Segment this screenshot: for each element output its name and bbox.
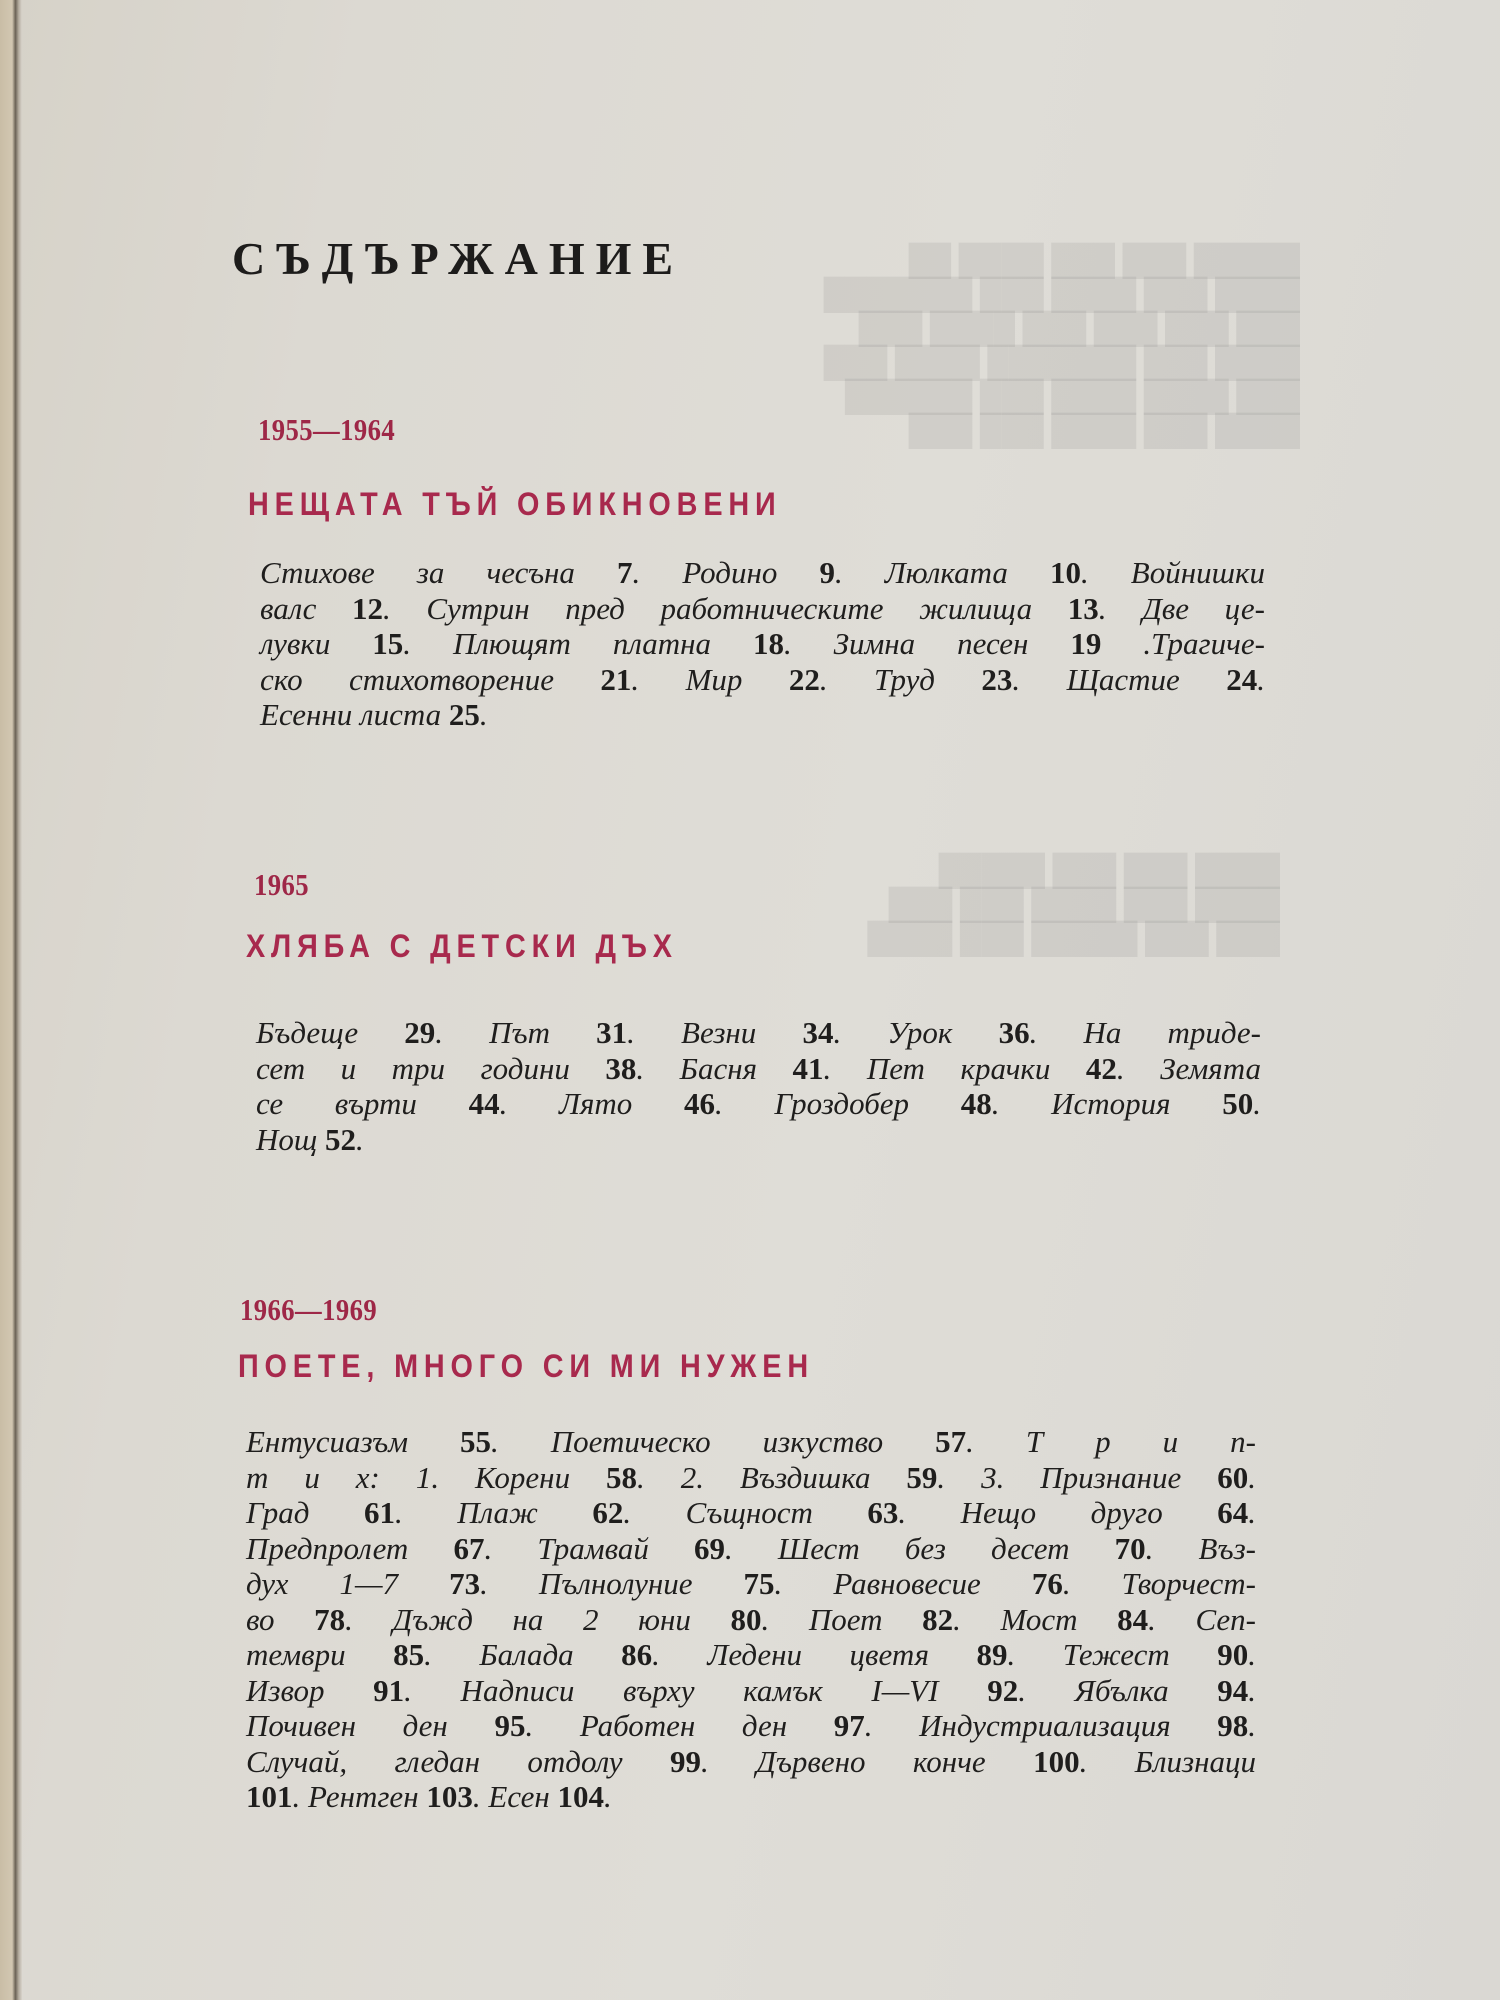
poem-title: . Войнишки: [1081, 555, 1265, 590]
page-number: 25: [449, 697, 480, 732]
section-title: НЕЩАТА ТЪЙ ОБИКНОВЕНИ: [248, 486, 782, 523]
page-number: 9: [819, 555, 835, 590]
poem-title: Почивен ден: [246, 1708, 494, 1743]
poem-title: . Рентген: [293, 1779, 427, 1814]
poem-title: .: [480, 697, 488, 732]
poem-title: .Трагиче-: [1101, 626, 1265, 661]
poem-title: Бъдеще: [256, 1015, 404, 1050]
toc-line: т и х: 1. Корени 58. 2. Въздишка 59. 3. …: [246, 1460, 1256, 1496]
poem-title: . Нещо друго: [898, 1495, 1217, 1530]
page-number: 41: [793, 1051, 824, 1086]
poem-title: . Плаж: [395, 1495, 592, 1530]
poem-title: .: [1253, 1086, 1261, 1121]
page-number: 22: [789, 662, 820, 697]
toc-line: сет и три години 38. Басня 41. Пет крачк…: [256, 1051, 1261, 1087]
poem-title: лувки: [260, 626, 372, 661]
toc-line: Стихове за чесъна 7. Родино 9. Люлката 1…: [260, 555, 1265, 591]
poem-title: .: [356, 1122, 364, 1157]
poem-title: . Урок: [833, 1015, 998, 1050]
page-number: 29: [404, 1015, 435, 1050]
page-number: 42: [1086, 1051, 1117, 1086]
page-number: 31: [596, 1015, 627, 1050]
page-number: 36: [999, 1015, 1030, 1050]
poem-title: . Работен ден: [525, 1708, 833, 1743]
poem-title: .: [1248, 1460, 1256, 1495]
page-number: 98: [1217, 1708, 1248, 1743]
poem-title: . Сутрин пред работническите жилища: [383, 591, 1068, 626]
poem-title: . Равновесие: [775, 1566, 1032, 1601]
poem-title: Нощ: [256, 1122, 325, 1157]
page-number: 67: [453, 1531, 484, 1566]
toc-line: Нощ 52.: [256, 1122, 1261, 1158]
poem-title: валс: [260, 591, 352, 626]
poem-title: .: [1248, 1673, 1256, 1708]
poem-title: . Дървено конче: [701, 1744, 1033, 1779]
section-title: ХЛЯБА С ДЕТСКИ ДЪХ: [246, 928, 678, 965]
poem-title: Стихове за чесъна: [260, 555, 617, 590]
page-number: 13: [1068, 591, 1099, 626]
poem-title: . Есен: [473, 1779, 558, 1814]
poem-title: . Люлката: [835, 555, 1050, 590]
section-title: ПОЕТЕ, МНОГО СИ МИ НУЖЕН: [238, 1348, 814, 1385]
toc-line: Град 61. Плаж 62. Същност 63. Нещо друго…: [246, 1495, 1256, 1531]
poem-title: . Зимна песен: [784, 626, 1070, 661]
page-number: 89: [977, 1637, 1008, 1672]
page-number: 101: [246, 1779, 293, 1814]
page-number: 103: [426, 1779, 473, 1814]
poem-title: . Шест без десет: [725, 1531, 1115, 1566]
poem-title: . Везни: [627, 1015, 802, 1050]
toc-line: Почивен ден 95. Работен ден 97. Индустри…: [246, 1708, 1256, 1744]
poem-title: . Плющят платна: [403, 626, 753, 661]
toc-line: Ентусиазъм 55. Поетическо изкуство 57. Т…: [246, 1424, 1256, 1460]
page-number: 75: [744, 1566, 775, 1601]
poem-title: се върти: [256, 1086, 469, 1121]
section-entries: Бъдеще 29. Път 31. Везни 34. Урок 36. На…: [256, 1015, 1261, 1157]
poem-title: . Пълнолуние: [480, 1566, 743, 1601]
page-number: 90: [1217, 1637, 1248, 1672]
toc-line: Предпролет 67. Трамвай 69. Шест без десе…: [246, 1531, 1256, 1567]
page-number: 57: [935, 1424, 966, 1459]
poem-title: . Поет: [761, 1602, 922, 1637]
page-number: 63: [867, 1495, 898, 1530]
page-number: 34: [802, 1015, 833, 1050]
poem-title: Есенни листа: [260, 697, 449, 732]
poem-title: .: [604, 1779, 612, 1814]
page-number: 10: [1050, 555, 1081, 590]
poem-title: . На триде-: [1030, 1015, 1261, 1050]
poem-title: во: [246, 1602, 314, 1637]
toc-line: Извор 91. Надписи върху камък I—VI 92. Я…: [246, 1673, 1256, 1709]
poem-title: . Гроздобер: [715, 1086, 961, 1121]
poem-title: . История: [992, 1086, 1223, 1121]
page-number: 19: [1070, 626, 1101, 661]
page-number: 46: [684, 1086, 715, 1121]
page-number: 7: [617, 555, 633, 590]
page-title: СЪДЪРЖАНИЕ: [232, 232, 684, 285]
section-years: 1966—1969: [240, 1292, 377, 1328]
page-number: 23: [981, 662, 1012, 697]
poem-title: . Балада: [424, 1637, 621, 1672]
poem-title: . Мир: [631, 662, 788, 697]
toc-line: валс 12. Сутрин пред работническите жили…: [260, 591, 1265, 627]
poem-title: . Пет крачки: [824, 1051, 1086, 1086]
page-number: 21: [600, 662, 631, 697]
page-number: 62: [592, 1495, 623, 1530]
page-number: 104: [558, 1779, 605, 1814]
poem-title: . Същност: [623, 1495, 867, 1530]
poem-title: . Трамвай: [484, 1531, 694, 1566]
poem-title: . Труд: [820, 662, 982, 697]
poem-title: . Ледени цветя: [652, 1637, 976, 1672]
toc-line: Бъдеще 29. Път 31. Везни 34. Урок 36. На…: [256, 1015, 1261, 1051]
page-number: 94: [1217, 1673, 1248, 1708]
page-number: 84: [1117, 1602, 1148, 1637]
toc-line: се върти 44. Лято 46. Гроздобер 48. Исто…: [256, 1086, 1261, 1122]
poem-title: . Ябълка: [1018, 1673, 1217, 1708]
page-number: 82: [922, 1602, 953, 1637]
poem-title: Случай, гледан отдолу: [246, 1744, 670, 1779]
poem-title: . Творчест-: [1063, 1566, 1256, 1601]
poem-title: . Индустриализация: [865, 1708, 1217, 1743]
page-edge: [0, 0, 22, 2000]
page-number: 86: [621, 1637, 652, 1672]
toc-line: лувки 15. Плющят платна 18. Зимна песен …: [260, 626, 1265, 662]
page-number: 91: [373, 1673, 404, 1708]
poem-title: .: [1248, 1495, 1256, 1530]
page-number: 61: [364, 1495, 395, 1530]
poem-title: ско стихотворение: [260, 662, 600, 697]
page-number: 12: [352, 591, 383, 626]
page-number: 80: [730, 1602, 761, 1637]
poem-title: дух 1—7: [246, 1566, 449, 1601]
page-number: 60: [1217, 1460, 1248, 1495]
page-number: 100: [1033, 1744, 1080, 1779]
page-number: 44: [469, 1086, 500, 1121]
page-number: 92: [987, 1673, 1018, 1708]
page-number: 24: [1226, 662, 1257, 697]
poem-title: Ентусиазъм: [246, 1424, 460, 1459]
poem-title: тември: [246, 1637, 393, 1672]
page-number: 50: [1222, 1086, 1253, 1121]
page-number: 76: [1032, 1566, 1063, 1601]
page-number: 97: [834, 1708, 865, 1743]
page-number: 15: [372, 626, 403, 661]
poem-title: . Т р и п-: [966, 1424, 1256, 1459]
poem-title: . Надписи върху камък I—VI: [404, 1673, 987, 1708]
poem-title: т и х: 1. Корени: [246, 1460, 606, 1495]
poem-title: . Родино: [633, 555, 820, 590]
page-number: 58: [606, 1460, 637, 1495]
toc-line: тември 85. Балада 86. Ледени цветя 89. Т…: [246, 1637, 1256, 1673]
poem-title: . Мост: [953, 1602, 1117, 1637]
poem-title: . Поетическо изкуство: [491, 1424, 935, 1459]
page-number: 95: [494, 1708, 525, 1743]
page-number: 73: [449, 1566, 480, 1601]
toc-line: во 78. Дъжд на 2 юни 80. Поет 82. Мост 8…: [246, 1602, 1256, 1638]
poem-title: Извор: [246, 1673, 373, 1708]
poem-title: . Басня: [636, 1051, 792, 1086]
page-number: 59: [906, 1460, 937, 1495]
poem-title: . Тежест: [1008, 1637, 1218, 1672]
poem-title: . 3. Признание: [937, 1460, 1217, 1495]
section-years: 1965: [254, 867, 309, 903]
poem-title: . Земята: [1117, 1051, 1261, 1086]
toc-line: Есенни листа 25.: [260, 697, 1265, 733]
poem-title: .: [1248, 1708, 1256, 1743]
toc-line: дух 1—7 73. Пълнолуние 75. Равновесие 76…: [246, 1566, 1256, 1602]
section-years: 1955—1964: [258, 412, 395, 448]
page-number: 55: [460, 1424, 491, 1459]
section-entries: Ентусиазъм 55. Поетическо изкуство 57. Т…: [246, 1424, 1256, 1815]
toc-line: Случай, гледан отдолу 99. Дървено конче …: [246, 1744, 1256, 1780]
page-number: 64: [1217, 1495, 1248, 1530]
poem-title: сет и три години: [256, 1051, 605, 1086]
poem-title: .: [1257, 662, 1265, 697]
poem-title: . 2. Въздишка: [637, 1460, 906, 1495]
poem-title: .: [1248, 1637, 1256, 1672]
page-number: 70: [1115, 1531, 1146, 1566]
page-number: 38: [605, 1051, 636, 1086]
page-number: 52: [325, 1122, 356, 1157]
poem-title: . Две це-: [1099, 591, 1265, 626]
toc-line: ско стихотворение 21. Мир 22. Труд 23. Щ…: [260, 662, 1265, 698]
poem-title: . Въз-: [1146, 1531, 1256, 1566]
poem-title: . Път: [435, 1015, 596, 1050]
poem-title: . Сеп-: [1148, 1602, 1256, 1637]
poem-title: . Дъжд на 2 юни: [345, 1602, 730, 1637]
page-number: 18: [753, 626, 784, 661]
poem-title: . Лято: [500, 1086, 684, 1121]
toc-line: 101. Рентген 103. Есен 104.: [246, 1779, 1256, 1815]
poem-title: Предпролет: [246, 1531, 453, 1566]
page-number: 48: [961, 1086, 992, 1121]
page-number: 78: [314, 1602, 345, 1637]
section-entries: Стихове за чесъна 7. Родино 9. Люлката 1…: [260, 555, 1265, 733]
page-number: 85: [393, 1637, 424, 1672]
poem-title: . Щастие: [1012, 662, 1226, 697]
page-number: 99: [670, 1744, 701, 1779]
page-number: 69: [694, 1531, 725, 1566]
poem-title: Град: [246, 1495, 364, 1530]
poem-title: . Близнаци: [1080, 1744, 1256, 1779]
